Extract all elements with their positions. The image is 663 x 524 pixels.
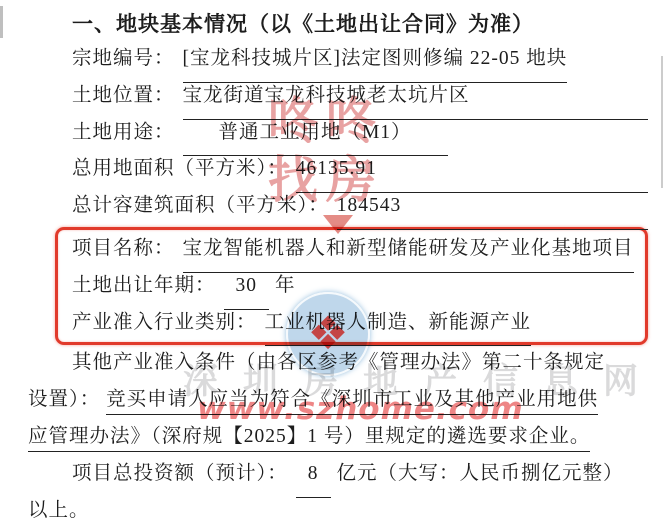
field-label: 项目名称： xyxy=(72,231,175,268)
field-label: 项目总投资额（预计）： xyxy=(72,456,288,493)
field-value: 工业机器人制造、新能源产业 xyxy=(265,305,532,347)
field-land-use: 土地用途： 普通工业用地（M1） xyxy=(28,115,648,152)
field-suffix: 亿元（大写：人民币捌亿元整） xyxy=(337,456,624,493)
field-label: 总用地面积（平方米）： xyxy=(72,151,288,188)
field-project-name: 项目名称： 宝龙智能机器人和新型储能研发及产业化基地项目 xyxy=(72,231,639,268)
underline-fill xyxy=(401,188,648,230)
field-value: 普通工业用地（M1） xyxy=(183,115,448,157)
other-conditions-underlined: 竞买申请人应当为符合《深圳市工业及其他产业用地供 xyxy=(106,389,598,415)
land-info-document: 一、地块基本情况（以《土地出让合同》为准） 宗地编号： [宝龙科技城片区]法定图… xyxy=(0,0,663,524)
section-title: 一、地块基本情况（以《土地出让合同》为准） xyxy=(72,8,648,41)
field-parcel-number: 宗地编号： [宝龙科技城片区]法定图则修编 22-05 地块 xyxy=(28,41,648,78)
other-conditions-underlined: 应管理办法》（深府规【2025】1 号）里规定的遴选要求企业。 xyxy=(28,426,590,452)
field-industry-category: 产业准入行业类别： 工业机器人制造、新能源产业 xyxy=(72,305,639,342)
investment-tail: 以上。 xyxy=(28,493,648,524)
underline-fill xyxy=(377,151,648,193)
highlight-box: 项目名称： 宝龙智能机器人和新型储能研发及产业化基地项目 土地出让年期： 30 … xyxy=(55,227,648,345)
field-label: 产业准入行业类别： xyxy=(72,305,257,342)
field-label: 总计容建筑面积（平方米）： xyxy=(72,188,329,225)
field-transfer-term: 土地出让年期： 30 年 xyxy=(72,268,639,305)
field-value: 8 xyxy=(296,456,331,498)
field-value: 184543 xyxy=(337,188,402,230)
field-value: [宝龙科技城片区]法定图则修编 22-05 地块 xyxy=(183,41,568,83)
field-value: 宝龙街道宝龙科技城老太坑片区 xyxy=(183,78,470,120)
field-total-investment: 项目总投资额（预计）： 8 亿元（大写：人民币捌亿元整） xyxy=(28,456,648,493)
scan-artifact-left xyxy=(0,6,3,38)
field-total-floor-area: 总计容建筑面积（平方米）： 184543 xyxy=(28,188,648,225)
field-suffix: 年 xyxy=(275,268,296,305)
other-conditions-line1: 其他产业准入条件（由各区参考《管理办法》第二十条规定 xyxy=(28,345,648,382)
underline-fill xyxy=(470,78,648,120)
other-conditions-line3: 应管理办法》（深府规【2025】1 号）里规定的遴选要求企业。 xyxy=(28,419,648,456)
field-value: 宝龙智能机器人和新型储能研发及产业化基地项目 xyxy=(183,231,634,273)
field-label: 宗地编号： xyxy=(72,41,175,78)
field-label: 土地用途： xyxy=(72,115,175,152)
field-label: 土地出让年期： xyxy=(72,268,216,305)
field-total-land-area: 总用地面积（平方米）： 46135.91 xyxy=(28,151,648,188)
field-land-location: 土地位置： 宝龙街道宝龙科技城老太坑片区 xyxy=(28,78,648,115)
other-conditions-line2: 设置）： 竞买申请人应当为符合《深圳市工业及其他产业用地供 xyxy=(28,382,648,419)
field-label: 土地位置： xyxy=(72,78,175,115)
field-value: 46135.91 xyxy=(296,151,377,193)
other-conditions-prefix: 设置）： xyxy=(28,389,100,410)
field-value: 30 xyxy=(224,268,270,310)
